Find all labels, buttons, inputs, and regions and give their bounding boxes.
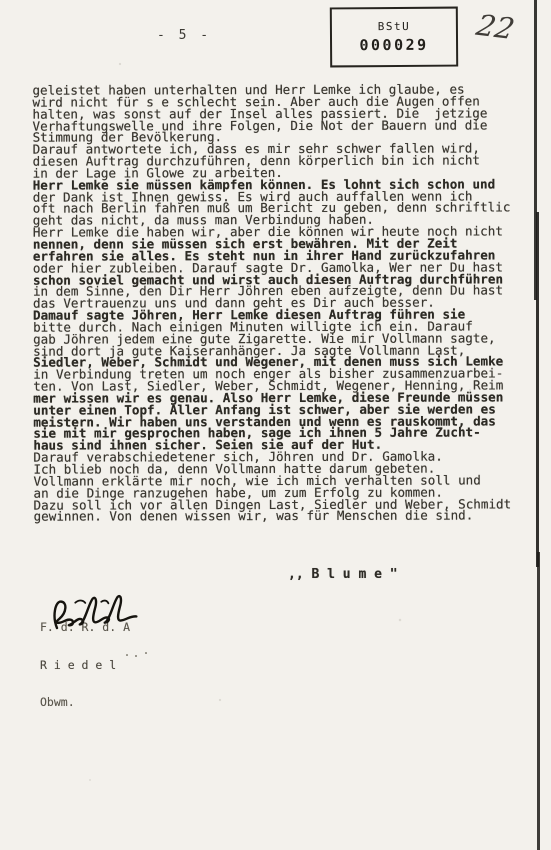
- scanned-document-page: - 5 - BStU 000029 22 geleistet haben unt…: [0, 0, 551, 850]
- body-text: geleistet haben unterhalten und Herr Lem…: [32, 83, 538, 523]
- text-line: gewinnen. Von denen wissen wir, was für …: [34, 510, 539, 523]
- scan-edge-line: [537, 552, 540, 850]
- codename-signature: ,, B l u m e ": [288, 567, 398, 582]
- stamp-serial-number: 000029: [359, 36, 428, 54]
- certifier-name: R i e d e l: [40, 659, 130, 672]
- handwritten-page-number: 22: [473, 8, 517, 46]
- stamp-title: BStU: [378, 20, 411, 33]
- bstu-archive-stamp: BStU 000029: [330, 7, 458, 68]
- page-number: - 5 -: [157, 28, 211, 43]
- ink-speckles: [126, 650, 156, 658]
- handwritten-signature: [44, 583, 182, 640]
- certifier-rank: Obwm.: [40, 696, 130, 709]
